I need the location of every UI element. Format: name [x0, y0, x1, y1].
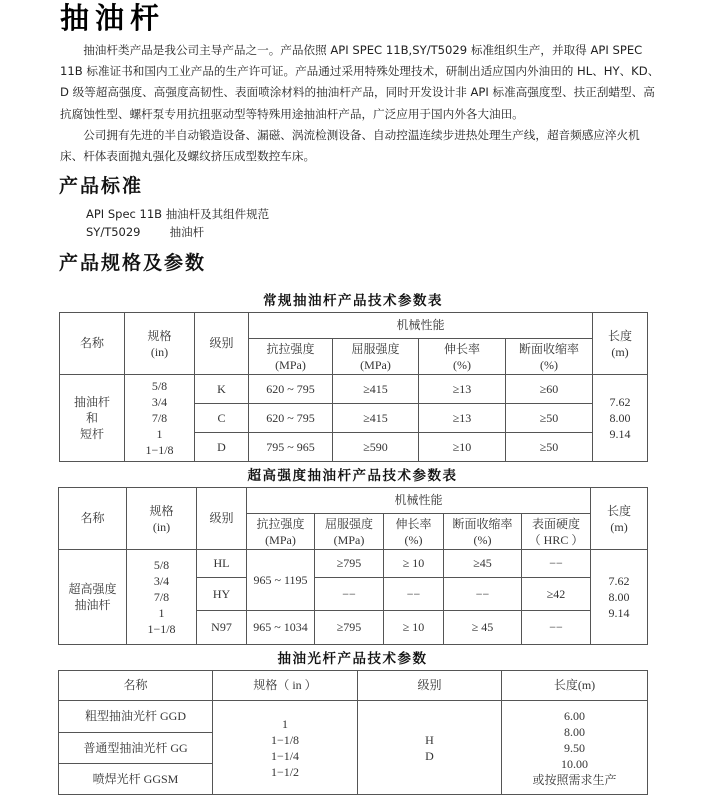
cell-tensile: 795 ~ 965: [249, 433, 333, 462]
cell-grades: HD: [358, 701, 502, 795]
cell-yield: ≥795: [315, 550, 384, 578]
cell-lengths: 6.008.009.5010.00或按照需求生产: [502, 701, 648, 795]
cell-grade: N97: [197, 611, 247, 645]
header-elongation: 伸长率(%): [384, 514, 444, 550]
header-yield: 屈服强度(MPa): [315, 514, 384, 550]
cell-grade: K: [195, 375, 249, 404]
header-elongation: 伸长率(%): [419, 339, 506, 375]
cell-hardness: −−: [522, 611, 591, 645]
cell-name: 普通型抽油光杆 GG: [59, 733, 213, 764]
table-row: 超高强度抽油杆 5/83/47/811−1/8 HL 965 ~ 1195 ≥7…: [59, 550, 648, 578]
cell-yield: ≥795: [315, 611, 384, 645]
cell-grade: D: [195, 433, 249, 462]
cell-elongation: −−: [384, 578, 444, 611]
header-grade: 级别: [358, 671, 502, 701]
cell-sizes: 11−1/81−1/41−1/2: [213, 701, 358, 795]
table-ultra-high-strength-rods: 名称 规格(in) 级别 机械性能 长度(m) 抗拉强度(MPa) 屈服强度(M…: [58, 487, 648, 645]
header-hardness: 表面硬度（ HRC ）: [522, 514, 591, 550]
cell-yield: ≥415: [333, 375, 419, 404]
standard-item: SY/T5029 抽油杆: [86, 223, 204, 241]
cell-grade: HY: [197, 578, 247, 611]
cell-hardness: ≥42: [522, 578, 591, 611]
header-name: 名称: [60, 313, 125, 375]
intro-paragraph-2: 公司拥有先进的半自动锻造设备、漏磁、涡流检测设备、自动控温连续步进热处理生产线，…: [60, 125, 660, 167]
cell-reduction: ≥ 45: [444, 611, 522, 645]
standard-code: SY/T5029: [86, 223, 166, 241]
header-size: 规格(in): [125, 313, 195, 375]
table-polished-rods: 名称 规格（ in ） 级别 长度(m) 粗型抽油光杆 GGD 11−1/81−…: [58, 670, 648, 795]
header-name: 名称: [59, 488, 127, 550]
cell-yield: ≥590: [333, 433, 419, 462]
cell-reduction: ≥45: [444, 550, 522, 578]
header-reduction: 断面收缩率(%): [444, 514, 522, 550]
header-grade: 级别: [197, 488, 247, 550]
cell-elongation: ≥10: [419, 433, 506, 462]
cell-reduction: ≥60: [506, 375, 593, 404]
header-mechanical: 机械性能: [247, 488, 591, 514]
cell-name: 粗型抽油光杆 GGD: [59, 701, 213, 733]
cell-lengths: 7.628.009.14: [591, 550, 648, 645]
header-length: 长度(m): [502, 671, 648, 701]
cell-sizes: 5/83/47/811−1/8: [127, 550, 197, 645]
header-length: 长度(m): [593, 313, 648, 375]
cell-name: 抽油杆和短杆: [60, 375, 125, 462]
cell-name: 超高强度抽油杆: [59, 550, 127, 645]
table-row: 粗型抽油光杆 GGD 11−1/81−1/41−1/2 HD 6.008.009…: [59, 701, 648, 733]
header-grade: 级别: [195, 313, 249, 375]
cell-tensile: 620 ~ 795: [249, 375, 333, 404]
header-name: 名称: [59, 671, 213, 701]
header-reduction: 断面收缩率(%): [506, 339, 593, 375]
cell-grade: C: [195, 404, 249, 433]
cell-grade: HL: [197, 550, 247, 578]
cell-reduction: ≥50: [506, 404, 593, 433]
cell-reduction: −−: [444, 578, 522, 611]
table2-title: 超高强度抽油杆产品技术参数表: [58, 467, 647, 485]
table-row: 抽油杆和短杆 5/83/47/811−1/8 K 620 ~ 795 ≥415 …: [60, 375, 648, 404]
cell-lengths: 7.628.009.14: [593, 375, 648, 462]
intro-paragraph-1: 抽油杆类产品是我公司主导产品之一。产品依照 API SPEC 11B,SY/T5…: [60, 40, 660, 125]
page-title: 抽油杆: [60, 0, 165, 36]
cell-tensile: 965 ~ 1034: [247, 611, 315, 645]
header-size: 规格（ in ）: [213, 671, 358, 701]
specs-heading: 产品规格及参数: [59, 251, 206, 275]
cell-reduction: ≥50: [506, 433, 593, 462]
standard-item: API Spec 11B 抽油杆及其组件规范: [86, 205, 269, 223]
standards-heading: 产品标准: [59, 174, 143, 198]
table1-title: 常规抽油杆产品技术参数表: [59, 292, 647, 310]
cell-yield: −−: [315, 578, 384, 611]
cell-yield: ≥415: [333, 404, 419, 433]
table3-title: 抽油光杆产品技术参数: [58, 650, 647, 668]
cell-name: 喷焊光杆 GGSM: [59, 764, 213, 795]
header-tensile: 抗拉强度(MPa): [249, 339, 333, 375]
table-conventional-rods: 名称 规格(in) 级别 机械性能 长度(m) 抗拉强度(MPa) 屈服强度(M…: [59, 312, 648, 462]
header-mechanical: 机械性能: [249, 313, 593, 339]
header-length: 长度(m): [591, 488, 648, 550]
cell-elongation: ≥13: [419, 404, 506, 433]
cell-elongation: ≥13: [419, 375, 506, 404]
cell-sizes: 5/83/47/811−1/8: [125, 375, 195, 462]
cell-tensile: 965 ~ 1195: [247, 550, 315, 611]
cell-elongation: ≥ 10: [384, 611, 444, 645]
standard-desc: 抽油杆: [170, 225, 205, 239]
cell-tensile: 620 ~ 795: [249, 404, 333, 433]
header-yield: 屈服强度(MPa): [333, 339, 419, 375]
cell-elongation: ≥ 10: [384, 550, 444, 578]
intro-text: 抽油杆类产品是我公司主导产品之一。产品依照 API SPEC 11B,SY/T5…: [60, 40, 660, 167]
standard-desc: 抽油杆及其组件规范: [166, 207, 270, 221]
cell-hardness: −−: [522, 550, 591, 578]
header-size: 规格(in): [127, 488, 197, 550]
standard-code: API Spec 11B: [86, 207, 162, 221]
header-tensile: 抗拉强度(MPa): [247, 514, 315, 550]
